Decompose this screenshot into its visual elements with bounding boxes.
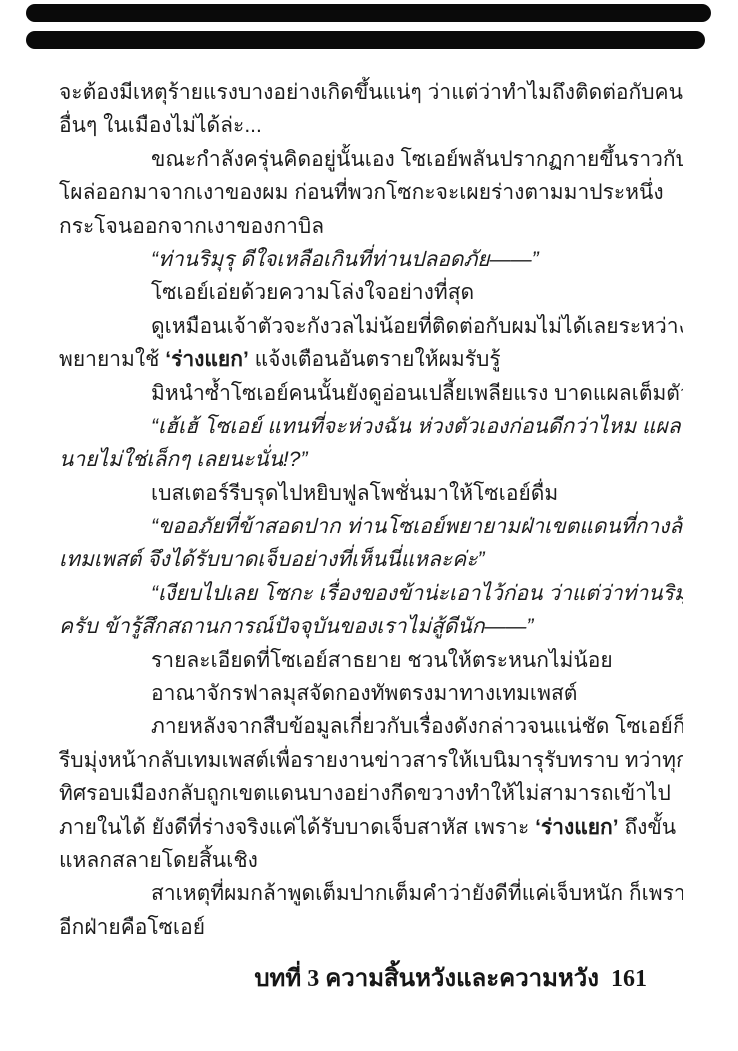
text-line: นายไม่ใช่เล็กๆ เลยนะนั่น!?” [59,443,683,476]
text-segment: ภายในได้ ยังดีที่ร่างจริงแค่ได้รับบาดเจ็… [59,816,535,839]
text-segment: แหลกสลายโดยสิ้นเชิง [59,849,258,872]
text-line: ทิศรอบเมืองกลับถูกเขตแดนบางอย่างกีดขวางท… [59,777,683,810]
text-line: โซเอย์เอ่ยด้วยความโล่งใจอย่างที่สุด [59,276,683,309]
text-line: “ท่านริมุรุ ดีใจเหลือเกินที่ท่านปลอดภัย—… [59,243,683,276]
text-line: กระโจนออกจากเงาของกาบิล [59,210,683,243]
text-segment: กระโจนออกจากเงาของกาบิล [59,215,324,238]
text-line: ครับ ข้ารู้สึกสถานการณ์ปัจจุบันของเราไม่… [59,610,683,643]
text-segment: อื่นๆ ในเมืองไม่ได้ล่ะ... [59,114,262,137]
text-segment: “ขออภัยที่ข้าสอดปาก ท่านโซเอย์พยายามฝ่าเ… [151,515,683,538]
redaction-bar-top-2 [26,31,705,49]
text-segment: อาณาจักรฟาลมุสจัดกองทัพตรงมาทางเทมเพสต์ [151,682,577,705]
redaction-bar-top-1 [26,4,711,22]
text-line: ภายในได้ ยังดีที่ร่างจริงแค่ได้รับบาดเจ็… [59,811,683,844]
text-segment: นายไม่ใช่เล็กๆ เลยนะนั่น!?” [59,448,307,471]
text-segment: โผล่ออกมาจากเงาของผม ก่อนที่พวกโซกะจะเผย… [59,181,664,204]
text-line: ภายหลังจากสืบข้อมูลเกี่ยวกับเรื่องดังกล่… [59,710,683,743]
text-line: อีกฝ่ายคือโซเอย์ [59,911,683,944]
bold-term: ‘ร่างแยก’ [165,348,249,371]
text-segment: ดูเหมือนเจ้าตัวจะกังวลไม่น้อยที่ติดต่อกั… [151,315,683,338]
text-line: สาเหตุที่ผมกล้าพูดเต็มปากเต็มคำว่ายังดีท… [59,877,683,910]
text-segment: แจ้งเตือนอันตรายให้ผมรับรู้ [249,348,501,371]
text-line: แหลกสลายโดยสิ้นเชิง [59,844,683,877]
text-line: เทมเพสต์ จึงได้รับบาดเจ็บอย่างที่เห็นนี่… [59,543,683,576]
text-segment: พยายามใช้ [59,348,165,371]
bold-term: ‘ร่างแยก’ [535,816,619,839]
text-segment: ถึงขั้น [619,816,677,839]
text-segment: อีกฝ่ายคือโซเอย์ [59,916,205,939]
text-segment: ทิศรอบเมืองกลับถูกเขตแดนบางอย่างกีดขวางท… [59,782,671,805]
text-line: โผล่ออกมาจากเงาของผม ก่อนที่พวกโซกะจะเผย… [59,176,683,209]
text-segment: “เงียบไปเลย โซกะ เรื่องของข้าน่ะเอาไว้ก่… [151,582,683,605]
page-number: 161 [611,966,647,992]
text-segment: มิหนำซ้ำโซเอย์คนนั้นยังดูอ่อนเปลี้ยเพลีย… [151,382,683,405]
text-segment: สาเหตุที่ผมกล้าพูดเต็มปากเต็มคำว่ายังดีท… [151,882,683,905]
text-segment: “เฮ้เฮ้ โซเอย์ แทนที่จะห่วงฉัน ห่วงตัวเอ… [151,415,681,438]
text-line: มิหนำซ้ำโซเอย์คนนั้นยังดูอ่อนเปลี้ยเพลีย… [59,377,683,410]
text-line: อาณาจักรฟาลมุสจัดกองทัพตรงมาทางเทมเพสต์ [59,677,683,710]
page-footer: บทที่ 3 ความสิ้นหวังและความหวัง161 [254,958,647,997]
text-segment: เทมเพสต์ จึงได้รับบาดเจ็บอย่างที่เห็นนี่… [59,548,485,571]
text-line: พยายามใช้ ‘ร่างแยก’ แจ้งเตือนอันตรายให้ผ… [59,343,683,376]
chapter-title: บทที่ 3 ความสิ้นหวังและความหวัง [254,966,599,992]
text-line: “ขออภัยที่ข้าสอดปาก ท่านโซเอย์พยายามฝ่าเ… [59,510,683,543]
text-segment: จะต้องมีเหตุร้ายแรงบางอย่างเกิดขึ้นแน่ๆ … [59,81,683,104]
text-line: “เฮ้เฮ้ โซเอย์ แทนที่จะห่วงฉัน ห่วงตัวเอ… [59,410,683,443]
text-line: “เงียบไปเลย โซกะ เรื่องของข้าน่ะเอาไว้ก่… [59,577,683,610]
body-text: จะต้องมีเหตุร้ายแรงบางอย่างเกิดขึ้นแน่ๆ … [59,76,683,944]
text-line: อื่นๆ ในเมืองไม่ได้ล่ะ... [59,109,683,142]
text-segment: โซเอย์เอ่ยด้วยความโล่งใจอย่างที่สุด [151,281,474,304]
text-segment: ภายหลังจากสืบข้อมูลเกี่ยวกับเรื่องดังกล่… [151,715,683,738]
text-line: จะต้องมีเหตุร้ายแรงบางอย่างเกิดขึ้นแน่ๆ … [59,76,683,109]
text-segment: รายละเอียดที่โซเอย์สาธยาย ชวนให้ตระหนกไม… [151,649,613,672]
text-segment: เบสเตอร์รีบรุดไปหยิบฟูลโพชั่นมาให้โซเอย์… [151,482,558,505]
text-segment: ครับ ข้ารู้สึกสถานการณ์ปัจจุบันของเราไม่… [59,615,533,638]
text-segment: “ท่านริมุรุ ดีใจเหลือเกินที่ท่านปลอดภัย—… [151,248,539,271]
text-line: ขณะกำลังครุ่นคิดอยู่นั้นเอง โซเอย์พลันปร… [59,143,683,176]
text-line: เบสเตอร์รีบรุดไปหยิบฟูลโพชั่นมาให้โซเอย์… [59,477,683,510]
text-line: ดูเหมือนเจ้าตัวจะกังวลไม่น้อยที่ติดต่อกั… [59,310,683,343]
text-line: รีบมุ่งหน้ากลับเทมเพสต์เพื่อรายงานข่าวสา… [59,744,683,777]
book-page: จะต้องมีเหตุร้ายแรงบางอย่างเกิดขึ้นแน่ๆ … [0,0,738,1051]
text-segment: ขณะกำลังครุ่นคิดอยู่นั้นเอง โซเอย์พลันปร… [151,148,683,171]
text-line: รายละเอียดที่โซเอย์สาธยาย ชวนให้ตระหนกไม… [59,644,683,677]
text-segment: รีบมุ่งหน้ากลับเทมเพสต์เพื่อรายงานข่าวสา… [59,749,683,772]
